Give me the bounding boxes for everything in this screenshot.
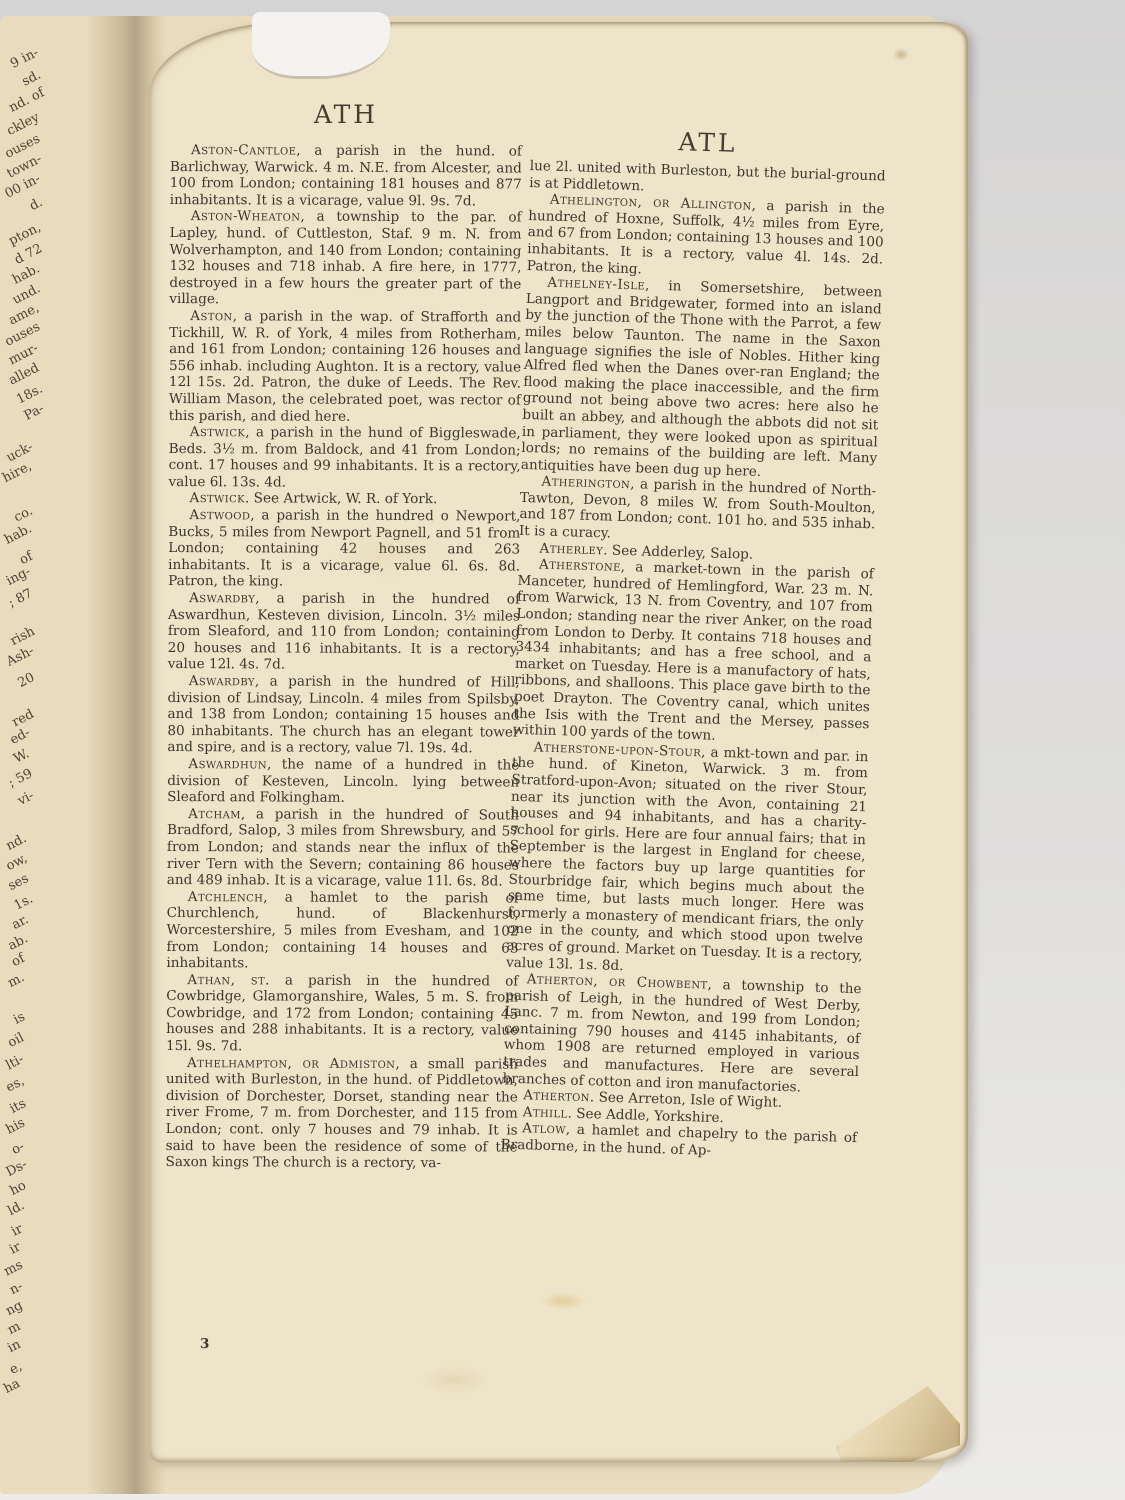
gazetteer-entry: Atherington, a parish in the hundred of … — [519, 473, 877, 550]
entry-headword: Atlow — [522, 1121, 566, 1138]
previous-page-text-fragment: 20 — [16, 671, 37, 690]
gazetteer-entry: Aston-Cantloe, a parish in the hund. of … — [170, 142, 522, 210]
column-right-entries: Athelington, or Allington, a parish in t… — [500, 191, 884, 1164]
entry-headword: Atcham — [188, 806, 241, 822]
previous-page-text-fragment: ng — [4, 1299, 25, 1318]
previous-page-text-fragment: ; 59 — [6, 767, 34, 790]
entry-headword: Astwood — [189, 507, 250, 523]
entry-headword: Atchlench — [188, 889, 264, 905]
previous-page-text-fragment: ir — [8, 1240, 23, 1256]
entry-headword: Atherstone — [539, 557, 621, 575]
entry-headword: Astwick — [189, 491, 245, 507]
previous-page-edge: 9 in-sd.nd. ofckleyousestown-00 in-d.pto… — [0, 0, 80, 1500]
previous-page-text-fragment: m — [6, 1320, 23, 1337]
previous-page-text-fragment: nd. of — [7, 86, 46, 115]
previous-page-text-fragment: m. — [6, 971, 27, 990]
previous-page-text-fragment: hire, — [1, 460, 34, 485]
gazetteer-entry: Aswardby, a parish in the hundred of Asw… — [168, 590, 520, 675]
previous-page-text-fragment: in — [6, 1338, 23, 1355]
entry-headword: Astwick — [190, 424, 246, 440]
entry-headword: Athan, st. — [187, 972, 269, 988]
previous-page-text-fragment: ha — [2, 1377, 22, 1396]
book-photo: 9 in-sd.nd. ofckleyousestown-00 in-d.pto… — [0, 0, 1125, 1500]
entry-headword: Aswardhun — [188, 756, 267, 772]
previous-page-text-fragment: hab. — [3, 522, 34, 547]
entry-headword: Aston-Cantloe — [191, 142, 296, 158]
entry-headword: Aston — [190, 308, 232, 324]
column-left: Aston-Cantloe, a parish in the hund. of … — [166, 142, 522, 1172]
previous-page-text-fragment: lti- — [4, 1053, 26, 1073]
previous-page-text-fragment: 1s. — [12, 892, 35, 912]
previous-page-text-fragment: Pa- — [22, 402, 46, 423]
gazetteer-entry: Aston-Wheaton, a township to the par. of… — [169, 208, 521, 309]
previous-page-text-fragment: Ash- — [5, 644, 37, 669]
previous-page-text-fragment: o- — [10, 1140, 27, 1157]
previous-page-text-fragment: vi- — [16, 789, 36, 808]
previous-page-text-fragment: co. — [12, 504, 35, 524]
previous-page-text-fragment: ld. — [6, 1199, 27, 1218]
previous-page-text-fragment: nd. — [4, 832, 28, 853]
previous-page-text-fragment: ing- — [4, 565, 32, 588]
gazetteer-entry: Atchlench, a hamlet to the parish of Chu… — [166, 889, 518, 974]
column-right: lue 2l. united with Burleston, but the b… — [500, 158, 885, 1164]
previous-page-text-fragment: oil — [6, 1031, 26, 1050]
gazetteer-entry: Aswardhun, the name of a hundred in the … — [167, 756, 519, 807]
previous-page-text-fragment: ; 87 — [6, 587, 34, 610]
entry-text: , a small parish united with Burleston, … — [166, 1056, 519, 1172]
gazetteer-entry: Atherstone, a market-town in the parish … — [513, 556, 874, 749]
entry-headword: Atherington — [541, 474, 630, 493]
gazetteer-entry: Atcham, a parish in the hundred of South… — [167, 806, 519, 891]
gazetteer-entry: Atherstone-upon-Stour, a mkt-town and pa… — [506, 739, 869, 982]
gazetteer-entry: Astwick. See Artwick, W. R. of York. — [168, 490, 520, 508]
entry-headword: Athill — [523, 1104, 568, 1121]
previous-page-text-fragment: ses — [6, 872, 31, 893]
previous-page-text-fragment: ab. — [6, 932, 30, 953]
entry-headword: Aston-Wheaton — [191, 208, 301, 224]
entry-headword: Atherton — [523, 1087, 590, 1105]
previous-page-text-fragment: n- — [8, 1280, 25, 1297]
entry-headword: Aswardby — [189, 673, 255, 689]
entry-text: , a township to the parish of Leigh, in … — [502, 977, 861, 1095]
previous-page-text-fragment: ow, — [4, 852, 29, 873]
gazetteer-entry: Athelhampton, or Admiston, a small paris… — [166, 1055, 519, 1173]
previous-page-text-fragment: ar. — [10, 913, 31, 932]
foxing-stain — [330, 525, 450, 580]
gazetteer-entry: Aswardby, a parish in the hundred of Hil… — [167, 673, 519, 758]
gazetteer-entry: Athelington, or Allington, a parish in t… — [527, 191, 885, 284]
gazetteer-entry: Athelney-Isle, in Somersetshire, between… — [521, 274, 883, 484]
previous-page-text-fragment: Ds- — [4, 1158, 29, 1179]
previous-page-text-fragment: es, — [4, 1075, 26, 1095]
previous-page-text-fragment: ho — [8, 1179, 28, 1198]
previous-page-text-fragment: W. — [12, 747, 31, 765]
entry-headword: Aswardby — [189, 590, 255, 606]
previous-page-text-fragment: rish — [8, 625, 37, 648]
previous-page-text-fragment: ed- — [8, 726, 32, 747]
entry-text: , a market-town in the parish of Mancete… — [513, 559, 874, 744]
entry-text: , a parish in the wap. of Strafforth and… — [169, 308, 522, 424]
foxing-stain — [540, 1292, 586, 1310]
previous-page-text-fragment: d. — [28, 196, 45, 213]
previous-page-text-fragment: of — [10, 952, 27, 969]
entry-text: . See Artwick, W. R. of York. — [245, 491, 437, 508]
previous-page-text-fragment: its — [8, 1097, 28, 1116]
gazetteer-entry: Atherton, or Chowbent, a township to the… — [502, 971, 861, 1098]
previous-page-text-fragment: uck- — [5, 440, 36, 464]
entry-text: , a mkt-town and par. in the hund. of Ki… — [506, 744, 869, 974]
entry-headword: Atherley — [539, 540, 603, 558]
entry-headword: Athelhampton, or Admiston — [187, 1055, 395, 1072]
foxing-stain — [420, 1365, 490, 1395]
previous-page-text-fragment: e, — [8, 1360, 24, 1377]
previous-page-text-fragment: his — [4, 1116, 27, 1136]
gazetteer-entry: Athan, st. a parish in the hundred of Co… — [166, 972, 518, 1057]
previous-page-text-fragment: ir — [10, 1222, 25, 1238]
gazetteer-entry: Astwick, a parish in the hund of Biggles… — [168, 424, 520, 492]
entry-text: , in Somersetshire, between Langport and… — [521, 278, 883, 480]
foxing-stain — [893, 48, 909, 61]
signature-mark: 3 — [200, 1336, 209, 1352]
previous-page-text-fragment: is — [12, 1010, 28, 1027]
page-header-left: ATH — [170, 100, 522, 129]
previous-page-text-fragment: ms — [2, 1258, 25, 1278]
gazetteer-entry: Aston, a parish in the wap. of Straffort… — [169, 308, 522, 426]
